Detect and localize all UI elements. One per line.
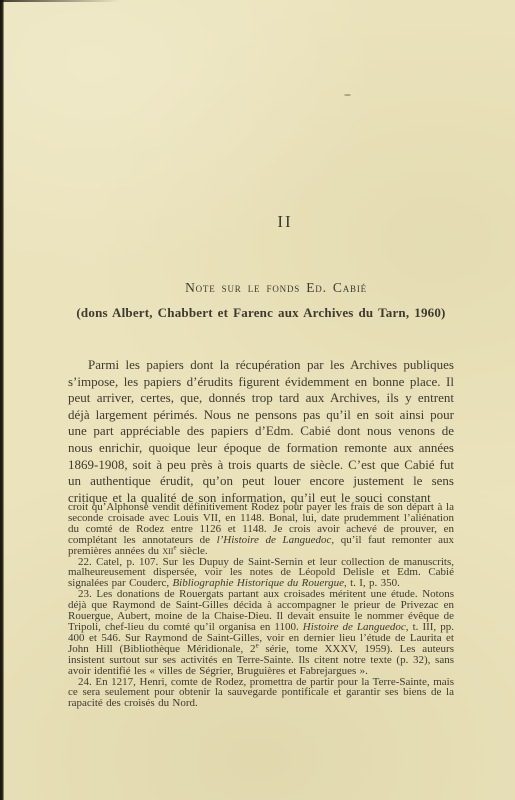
scanned-book-page: II Note sur le fonds Ed. Cabié (dons Alb… xyxy=(0,0,515,800)
footnotes-block: croit qu’Alphonse vendit définitivement … xyxy=(68,502,454,709)
body-paragraph: Parmi les papiers dont la récupération p… xyxy=(68,357,454,506)
book-title-italic: l’Histoire de Languedoc xyxy=(217,534,332,546)
page-subtitle: (dons Albert, Chabbert et Farenc aux Arc… xyxy=(68,305,454,321)
scan-left-edge xyxy=(0,0,4,800)
section-number: II xyxy=(92,212,478,232)
footnote-continuation: croit qu’Alphonse vendit définitivement … xyxy=(68,502,454,557)
footnote-23: 23. Les donations de Rouergats partant a… xyxy=(68,589,454,676)
page-title: Note sur le fonds Ed. Cabié xyxy=(83,280,469,296)
footnote-22: 22. Catel, p. 107. Sur les Dupuy de Sain… xyxy=(68,557,454,590)
text-column: II Note sur le fonds Ed. Cabié (dons Alb… xyxy=(68,0,454,800)
footnote-text-segment: 24. En 1217, Henri, comte de Rodez, prom… xyxy=(68,676,454,710)
footnote-24: 24. En 1217, Henri, comte de Rodez, prom… xyxy=(68,677,454,710)
